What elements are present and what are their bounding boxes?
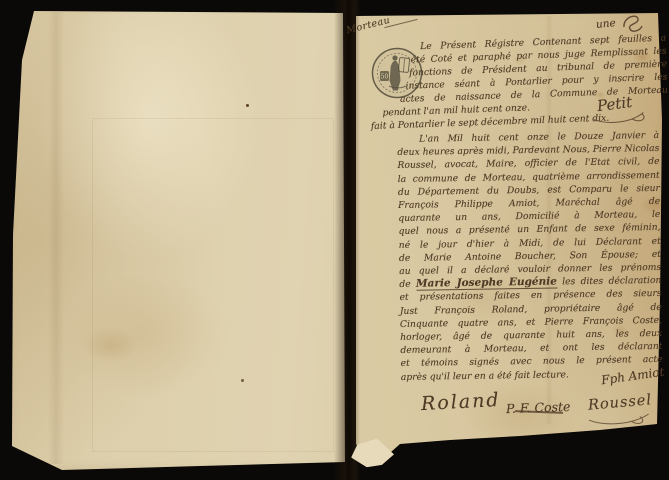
folio-annotation: une — [596, 17, 617, 31]
signature-flourish-icon — [585, 410, 656, 431]
corner-annotation: Morteau — [345, 15, 391, 36]
witness-signature-roland: Roland — [420, 389, 501, 415]
register-scan: Morteau une 50 Le Présent Régistre Conte… — [0, 0, 669, 480]
birth-act-paragraph: L'an Mil huit cent onze le Douze Janvier… — [397, 129, 663, 384]
witness-signature-coste: P. F. Coste — [506, 399, 571, 416]
name-line-prefix: de — [399, 279, 416, 290]
name-line-suffix: les dites déclaration — [557, 275, 662, 288]
manuscript-content: Morteau une 50 Le Présent Régistre Conte… — [0, 0, 669, 480]
